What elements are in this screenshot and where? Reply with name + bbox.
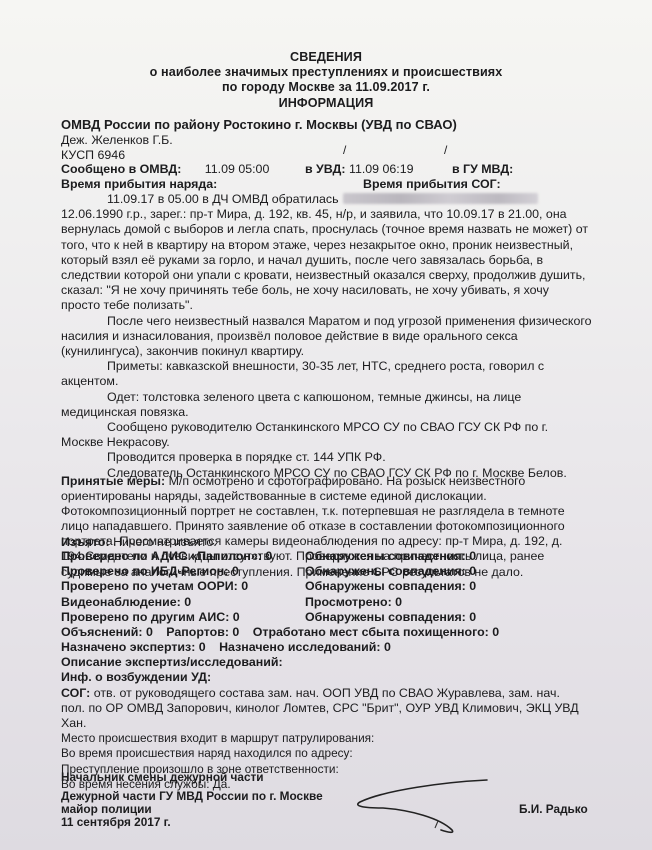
check-result: Обнаружены совпадения: 0 xyxy=(305,579,476,594)
reported-omvd-value: 11.09 05:00 xyxy=(205,162,270,176)
description-text: медицинская повязка. xyxy=(61,405,189,419)
check-label: Проверено по АДИС «Папилон»: 0 xyxy=(61,549,272,564)
description-line: следствии которой они упали с кровати, н… xyxy=(61,268,585,283)
sog-arrival-label: Время прибытия СОГ: xyxy=(363,177,501,192)
kusp-number: КУСП 6946 xyxy=(61,148,125,163)
explanations-count: Объяснений: 0 xyxy=(61,625,153,639)
description-text: насилия и изнасилования, произвёл полово… xyxy=(61,329,518,343)
description-text: акцентом. xyxy=(61,374,118,388)
measures-label: Принятые меры: xyxy=(61,474,165,488)
description-text: сказал: "Я не хочу причинять тебе боль, … xyxy=(61,283,549,297)
description-text: который взял её руками за горло, и начал… xyxy=(61,253,543,267)
reported-omvd-label: Сообщено в ОМВД: xyxy=(61,162,181,176)
reports-count: Рапортов: 0 xyxy=(166,625,239,639)
description-text: Одет: толстовка зеленого цвета с капюшон… xyxy=(107,390,521,404)
description-line: 12.06.1990 г.р., зарег.: пр-т Мира, д. 1… xyxy=(61,207,567,222)
reported-uvd-label: в УВД: xyxy=(305,162,346,176)
measures-line: ориентированы наряды, задействованные в … xyxy=(61,489,487,504)
stolen-count: Отработано мест сбыта похищенного: 0 xyxy=(253,625,499,639)
description-line: сказал: "Я не хочу причинять тебе боль, … xyxy=(61,283,549,298)
description-line: который взял её руками за горло, и начал… xyxy=(61,253,543,268)
reported-gu-label: в ГУ МВД: xyxy=(452,162,513,177)
criminal-case-label: Инф. о возбуждении УД: xyxy=(61,670,211,685)
reported-uvd: в УВД: 11.09 06:19 xyxy=(305,162,414,177)
check-label: Проверено по ИБД-Регион: 0 xyxy=(61,564,239,579)
doc-subtitle: о наиболее значимых преступлениях и прои… xyxy=(0,65,652,79)
description-line: После чего неизвестный назвался Маратом … xyxy=(61,314,592,329)
department: ОМВД России по району Ростокино г. Москв… xyxy=(61,117,457,132)
doc-section: ИНФОРМАЦИЯ xyxy=(0,96,652,110)
patrol-line: Во время происшествия наряд находился по… xyxy=(61,746,353,761)
description-text: Сообщено руководителю Останкинского МРСО… xyxy=(107,420,548,434)
counts-row-2: Назначено экспертиз: 0 Назначено исследо… xyxy=(61,640,391,655)
description-line: акцентом. xyxy=(61,374,118,389)
description-line: 11.09.17 в 05.00 в ДЧ ОМВД обратилась xyxy=(61,192,538,207)
measures-line: Фотокомпозиционный портрет не составлен,… xyxy=(61,504,565,519)
description-text: (кунилингуса), закончив покинул квартиру… xyxy=(61,344,304,358)
handwritten-signature-icon xyxy=(355,770,535,840)
description-text: После чего неизвестный назвался Маратом … xyxy=(107,314,592,328)
slash-mark: / xyxy=(343,143,346,157)
description-text: того, что к ней в квартиру на втором эта… xyxy=(61,238,573,252)
expertise-description-label: Описание экспертиз/исследований: xyxy=(61,655,283,670)
description-line: Приметы: кавказской внешности, 30-35 лет… xyxy=(61,359,544,374)
signer-position: Начальник смены дежурной части xyxy=(61,770,264,785)
description-text: вернулась домой с выборов и легла спать,… xyxy=(61,222,588,236)
description-text: 12.06.1990 г.р., зарег.: пр-т Мира, д. 1… xyxy=(61,207,567,221)
research-count: Назначено исследований: 0 xyxy=(219,640,391,654)
description-line: насилия и изнасилования, произвёл полово… xyxy=(61,329,518,344)
check-result: Просмотрено: 0 xyxy=(305,595,402,610)
description-line: вернулась домой с выборов и легла спать,… xyxy=(61,222,588,237)
description-line: Москве Некрасову. xyxy=(61,435,170,450)
signature-date: 11 сентября 2017 г. xyxy=(61,816,171,829)
sog-line: Хан. xyxy=(61,716,86,731)
seized-label: Изъято: xyxy=(61,535,110,549)
description-text: 11.09.17 в 05.00 в ДЧ ОМВД обратилась xyxy=(107,192,339,206)
description-line: медицинская повязка. xyxy=(61,405,189,420)
description-text: просто тебе полизать". xyxy=(61,298,193,312)
description-line: (кунилингуса), закончив покинул квартиру… xyxy=(61,344,304,359)
description-line: просто тебе полизать". xyxy=(61,298,193,313)
description-line: того, что к ней в квартиру на втором эта… xyxy=(61,238,573,253)
slash-mark: / xyxy=(444,143,447,157)
description-line: Проводится проверка в порядке ст. 144 УП… xyxy=(61,450,386,465)
reported-row: Сообщено в ОМВД: 11.09 05:00 xyxy=(61,162,269,177)
check-label: Видеонаблюдение: 0 xyxy=(61,595,191,610)
description-line: Одет: толстовка зеленого цвета с капюшон… xyxy=(61,390,521,405)
check-label: Проверено по другим АИС: 0 xyxy=(61,610,240,625)
description-text: Проводится проверка в порядке ст. 144 УП… xyxy=(107,450,386,464)
duty-officer: Деж. Желенков Г.Б. xyxy=(61,133,173,148)
sog-label: СОГ: xyxy=(61,686,90,700)
squad-arrival-label: Время прибытия наряда: xyxy=(61,177,217,192)
measures-text: М/п осмотрено и сфотографировано. На роз… xyxy=(169,474,526,488)
reported-uvd-value: 11.09 06:19 xyxy=(349,162,414,176)
sog-row: СОГ: отв. от руководящего состава зам. н… xyxy=(61,686,560,701)
sog-line: пол. по ОР ОМВД Запорович, кинолог Ломте… xyxy=(61,701,579,716)
seized-row: Изъято: Ничего не изъято. xyxy=(61,535,217,550)
expertise-count: Назначено экспертиз: 0 xyxy=(61,640,206,654)
counts-row-1: Объяснений: 0 Рапортов: 0 Отработано мес… xyxy=(61,625,499,640)
measures-first: Принятые меры: М/п осмотрено и сфотограф… xyxy=(61,474,525,489)
document-page: СВЕДЕНИЯ о наиболее значимых преступлени… xyxy=(0,0,652,850)
doc-period: по городу Москве за 11.09.2017 г. xyxy=(0,80,652,94)
description-text: Приметы: кавказской внешности, 30-35 лет… xyxy=(107,359,544,373)
signer-name: Б.И. Радько xyxy=(519,802,588,817)
measures-line: лицо нападавшего. Принято заявление об о… xyxy=(61,519,565,534)
check-result: Обнаружены совпадения: 0 xyxy=(305,610,476,625)
doc-title: СВЕДЕНИЯ xyxy=(0,50,652,64)
description-line: Сообщено руководителю Останкинского МРСО… xyxy=(61,420,548,435)
check-label: Проверено по учетам ООРИ: 0 xyxy=(61,579,248,594)
seized-value: Ничего не изъято. xyxy=(113,535,217,549)
redacted-name xyxy=(343,193,538,204)
description-text: следствии которой они упали с кровати, н… xyxy=(61,268,585,282)
check-result: Обнаружены совпадения: 0 xyxy=(305,564,476,579)
sog-text: отв. от руководящего состава зам. нач. О… xyxy=(94,686,560,700)
description-text: Москве Некрасову. xyxy=(61,435,170,449)
patrol-line: Место происшествия входит в маршрут патр… xyxy=(61,731,374,746)
check-result: Обнаружены совпадения: 0 xyxy=(305,549,476,564)
